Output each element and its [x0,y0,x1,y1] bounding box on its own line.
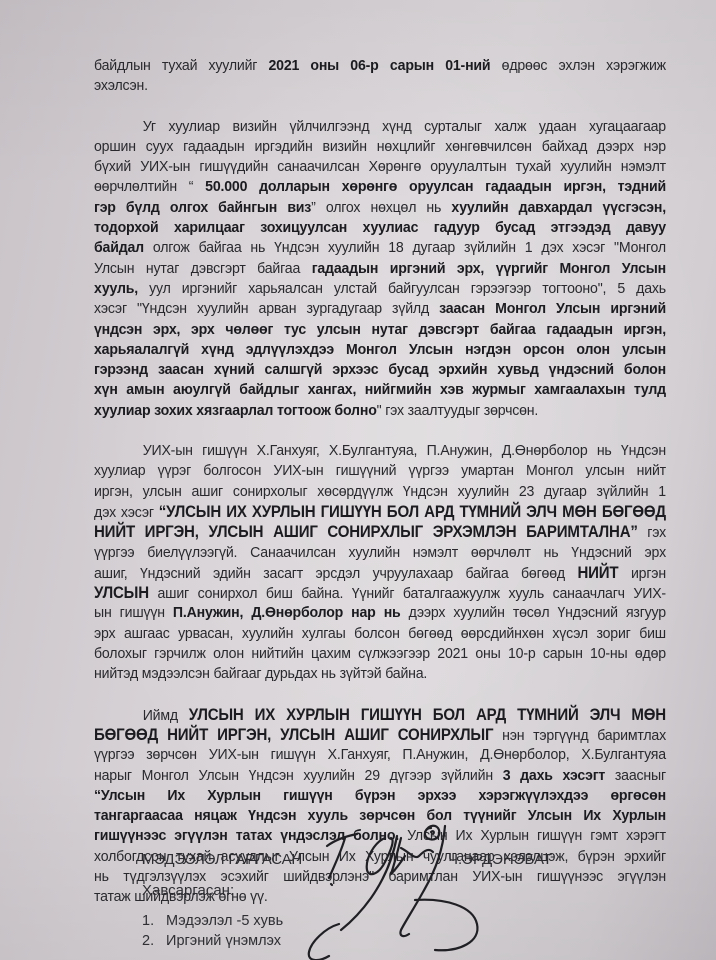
text-line: байдал олгож байгаа нь Үндсэн хуулийн 18… [94,238,666,258]
text: дээрх хуулийн төсөл Үндэсний язгуур [401,604,666,621]
paragraph: байдлын тухай хуулийг 2021 оны 06-р сары… [94,56,666,97]
attachments-heading: Хавсаргасан: [142,882,234,899]
text: нарыг Монгол Улсын Үндсэн хуулийн 29 дүг… [94,767,503,784]
attachments-list: 1. Мэдээлэл -5 хувь 2. Иргэний үнэмлэх [142,911,283,951]
text: болохыг гэрчилж олон нийтийн цахим сүлжэ… [94,645,666,662]
attachment-text: Мэдээлэл -5 хувь [166,913,283,929]
bold-text: гэр бүлд олгох байнгын виз [94,199,311,216]
text-line: харьяалалгүй хүнд эдлүүлэхдээ Монгол Улс… [94,340,666,360]
text: нийтэд мэдээлсэн байгааг дурьдах нь зүйт… [94,665,427,682]
text: " гэх заалтуудыг зөрчсөн. [377,402,539,419]
bold-text: үндсэн эрх, эрх чөлөөг тус улсын нутаг д… [94,321,666,338]
text: Улсын нутаг дэвсгэрт байгаа [94,260,312,277]
text-line: хүн амын аюулгүй байдлыг хангах, нийгмий… [94,380,666,400]
document-body: байдлын тухай хуулийг 2021 оны 06-р сары… [94,56,666,908]
bold-text: НИЙТ ИРГЭН, УЛСЫН АШИГ СОНИРХЛЫГ ЭРХЭМЛЭ… [94,523,638,541]
text: ” олгох нөхцөл нь [311,199,451,216]
attachment-number: 2. [142,931,162,951]
text-line: нарыг Монгол Улсын Үндсэн хуулийн 29 дүг… [94,766,666,786]
text: гэх [638,524,666,541]
paragraph: УИХ-ын гишүүн Х.Ганхуяг, Х.Булгантуяа, П… [94,441,666,685]
paragraph-gap [94,685,666,705]
text: Уг хуулиар визийн үйлчилгээнд хүнд сурта… [94,118,666,135]
text: уул иргэнийг харьяалсан улстай байгуулса… [138,280,666,297]
bold-text: гадаадын иргэний эрх, үүргийг Монгол Улс… [312,260,666,277]
signatory-name: Ч.ЭРДЭНЭБАТ [448,851,552,868]
bold-text: НИЙТ [577,564,618,582]
text: иргэн [618,565,666,582]
text: ын гишүүн [94,604,173,621]
bold-text: “Улсын Их Хурлын гишүүн бүрэн эрхээ хэрэ… [94,787,666,804]
text-line: УЛСЫН ашиг сонирхол биш байна. Үүнийг ба… [94,583,666,603]
text-line: Улсын нутаг дэвсгэрт байгаа гадаадын ирг… [94,259,666,279]
attachment-text: Иргэний үнэмлэх [166,933,281,949]
text: оршин суух гадаадын иргэдийн визийн нөхц… [94,138,666,155]
text-line: эрх ашгаас урвасан, хуулийн хулгаы болсо… [94,624,666,644]
text-line: үндсэн эрх, эрх чөлөөг тус улсын нутаг д… [94,320,666,340]
bold-text: байдал [94,239,144,256]
text-line: БӨГӨӨД НИЙТ ИРГЭН, УЛСЫН АШИГ СОНИРХЛЫГ … [94,725,666,745]
text-line: байдлын тухай хуулийг 2021 оны 06-р сары… [94,56,666,76]
text: байдлын тухай хуулийг [94,57,268,74]
paragraph-gap [94,97,666,117]
text-line: хэсэг "Үндсэн хуулийн арван зургадугаар … [94,299,666,319]
attachment-item: 2. Иргэний үнэмлэх [142,931,283,951]
text-line: иргэн, улсын ашиг сонирхолыг хөсөрдүүлж … [94,482,666,502]
signature-label: МЭДЭЭЛЭЛ ГАРГАСАН [142,851,302,868]
text-line: дэх хэсэг “УЛСЫН ИХ ХУРЛЫН ГИШҮҮН БОЛ АР… [94,502,666,522]
text: өдрөөс эхлэн хэрэгжиж [490,57,666,74]
text: Иймд [94,707,189,724]
text: иргэн, улсын ашиг сонирхолыг хөсөрдүүлж … [94,483,666,500]
text-line: НИЙТ ИРГЭН, УЛСЫН АШИГ СОНИРХЛЫГ ЭРХЭМЛЭ… [94,522,666,542]
bold-text: БӨГӨӨД НИЙТ ИРГЭН, УЛСЫН АШИГ СОНИРХЛЫГ [94,726,493,744]
paragraph: Уг хуулиар визийн үйлчилгээнд хүнд сурта… [94,117,666,421]
text-line: нийтэд мэдээлсэн байгааг дурьдах нь зүйт… [94,664,666,684]
text: дэх хэсэг [94,504,159,521]
bold-text: тодорхой харилцааг зохицуулсан хуулиас г… [94,219,666,236]
bold-text: хүн амын аюулгүй байдлыг хангах, нийгмий… [94,381,666,398]
text-line: хуулиар зохих хязгаарлал тогтоож болно" … [94,401,666,421]
text: заасныг [605,767,666,784]
text-line: хууль, уул иргэнийг харьяалсан улстай ба… [94,279,666,299]
text-line: болохыг гэрчилж олон нийтийн цахим сүлжэ… [94,644,666,664]
text-line: “Улсын Их Хурлын гишүүн бүрэн эрхээ хэрэ… [94,786,666,806]
bold-text: гэрээнд заасан хүний салшгүй эрхээс буса… [94,361,666,378]
text: эрх ашгаас урвасан, хуулийн хулгаы болсо… [94,625,666,642]
bold-text: 3 дахь хэсэгт [503,767,605,784]
text-line: ашиг, Үндэсний эдийн засагт эрсдэл учруу… [94,563,666,583]
text: бүхий УИХ-ын гишүүдийн санаачилсан Хөрөн… [94,158,666,175]
text-line: УИХ-ын гишүүн Х.Ганхуяг, Х.Булгантуяа, П… [94,441,666,461]
bold-text: 2021 оны 06-р сарын 01-ний [268,57,490,74]
text: олгож байгаа нь Үндсэн хуулийн 18 дугаар… [144,239,666,256]
text-line: гэрээнд заасан хүний салшгүй эрхээс буса… [94,360,666,380]
text: хуулиар үүрэг болгосон УИХ-ын гишүүний ү… [94,462,666,479]
text: өөрчлөлтийн “ [94,178,205,195]
handwritten-signature-icon [305,818,495,960]
text-line: үүргээ биелүүлээгүй. Санаачилсан хуулийн… [94,543,666,563]
bold-text: П.Анужин, Д.Өнөрболор нар нь [173,604,401,621]
text-line: үүргээ зөрчсөн УИХ-ын гишүүн Х.Ганхуяг, … [94,745,666,765]
bold-text: УЛСЫН [94,584,149,602]
text-line: Уг хуулиар визийн үйлчилгээнд хүнд сурта… [94,117,666,137]
bold-text: заасан Монгол Улсын иргэний [439,300,666,317]
text: ашиг, Үндэсний эдийн засагт эрсдэл учруу… [94,565,577,582]
paragraph-gap [94,421,666,441]
bold-text: хуулийн давхардал үүсгэсэн, [451,199,666,216]
text: үүргээ биелүүлээгүй. Санаачилсан хуулийн… [94,544,666,561]
text: нэн тэргүүнд баримтлах [493,727,666,744]
text: ашиг сонирхол биш байна. Үүнийг баталгаа… [149,585,666,602]
bold-text: хууль, [94,280,138,297]
bold-text: хуулиар зохих хязгаарлал тогтоож болно [94,402,377,419]
bold-text: харьяалалгүй хүнд эдлүүлэхдээ Монгол Улс… [94,341,666,358]
text-line: Иймд УЛСЫН ИХ ХУРЛЫН ГИШҮҮН БОЛ АРД ТҮМН… [94,705,666,725]
text: УИХ-ын гишүүн Х.Ганхуяг, Х.Булгантуяа, П… [94,442,666,459]
text: хэсэг "Үндсэн хуулийн арван зургадугаар … [94,300,439,317]
text-line: ын гишүүн П.Анужин, Д.Өнөрболор нар нь д… [94,603,666,623]
text-line: хуулиар үүрэг болгосон УИХ-ын гишүүний ү… [94,461,666,481]
bold-text: УЛСЫН ИХ ХУРЛЫН ГИШҮҮН БОЛ АРД ТҮМНИЙ ЭЛ… [189,706,666,724]
text-line: тодорхой харилцааг зохицуулсан хуулиас г… [94,218,666,238]
text-line: өөрчлөлтийн “ 50.000 долларын хөрөнгө ор… [94,177,666,197]
attachment-number: 1. [142,911,162,931]
bold-text: 50.000 долларын хөрөнгө оруулсан гадаады… [205,178,666,195]
bold-text: “УЛСЫН ИХ ХУРЛЫН ГИШҮҮН БОЛ АРД ТҮМНИЙ Э… [159,503,666,521]
attachment-item: 1. Мэдээлэл -5 хувь [142,911,283,931]
text: үүргээ зөрчсөн УИХ-ын гишүүн Х.Ганхуяг, … [94,746,666,763]
text-line: гэр бүлд олгох байнгын виз” олгох нөхцөл… [94,198,666,218]
text: эхэлсэн. [94,77,148,94]
text-line: оршин суух гадаадын иргэдийн визийн нөхц… [94,137,666,157]
text-line: бүхий УИХ-ын гишүүдийн санаачилсан Хөрөн… [94,157,666,177]
text-line: эхэлсэн. [94,76,666,96]
